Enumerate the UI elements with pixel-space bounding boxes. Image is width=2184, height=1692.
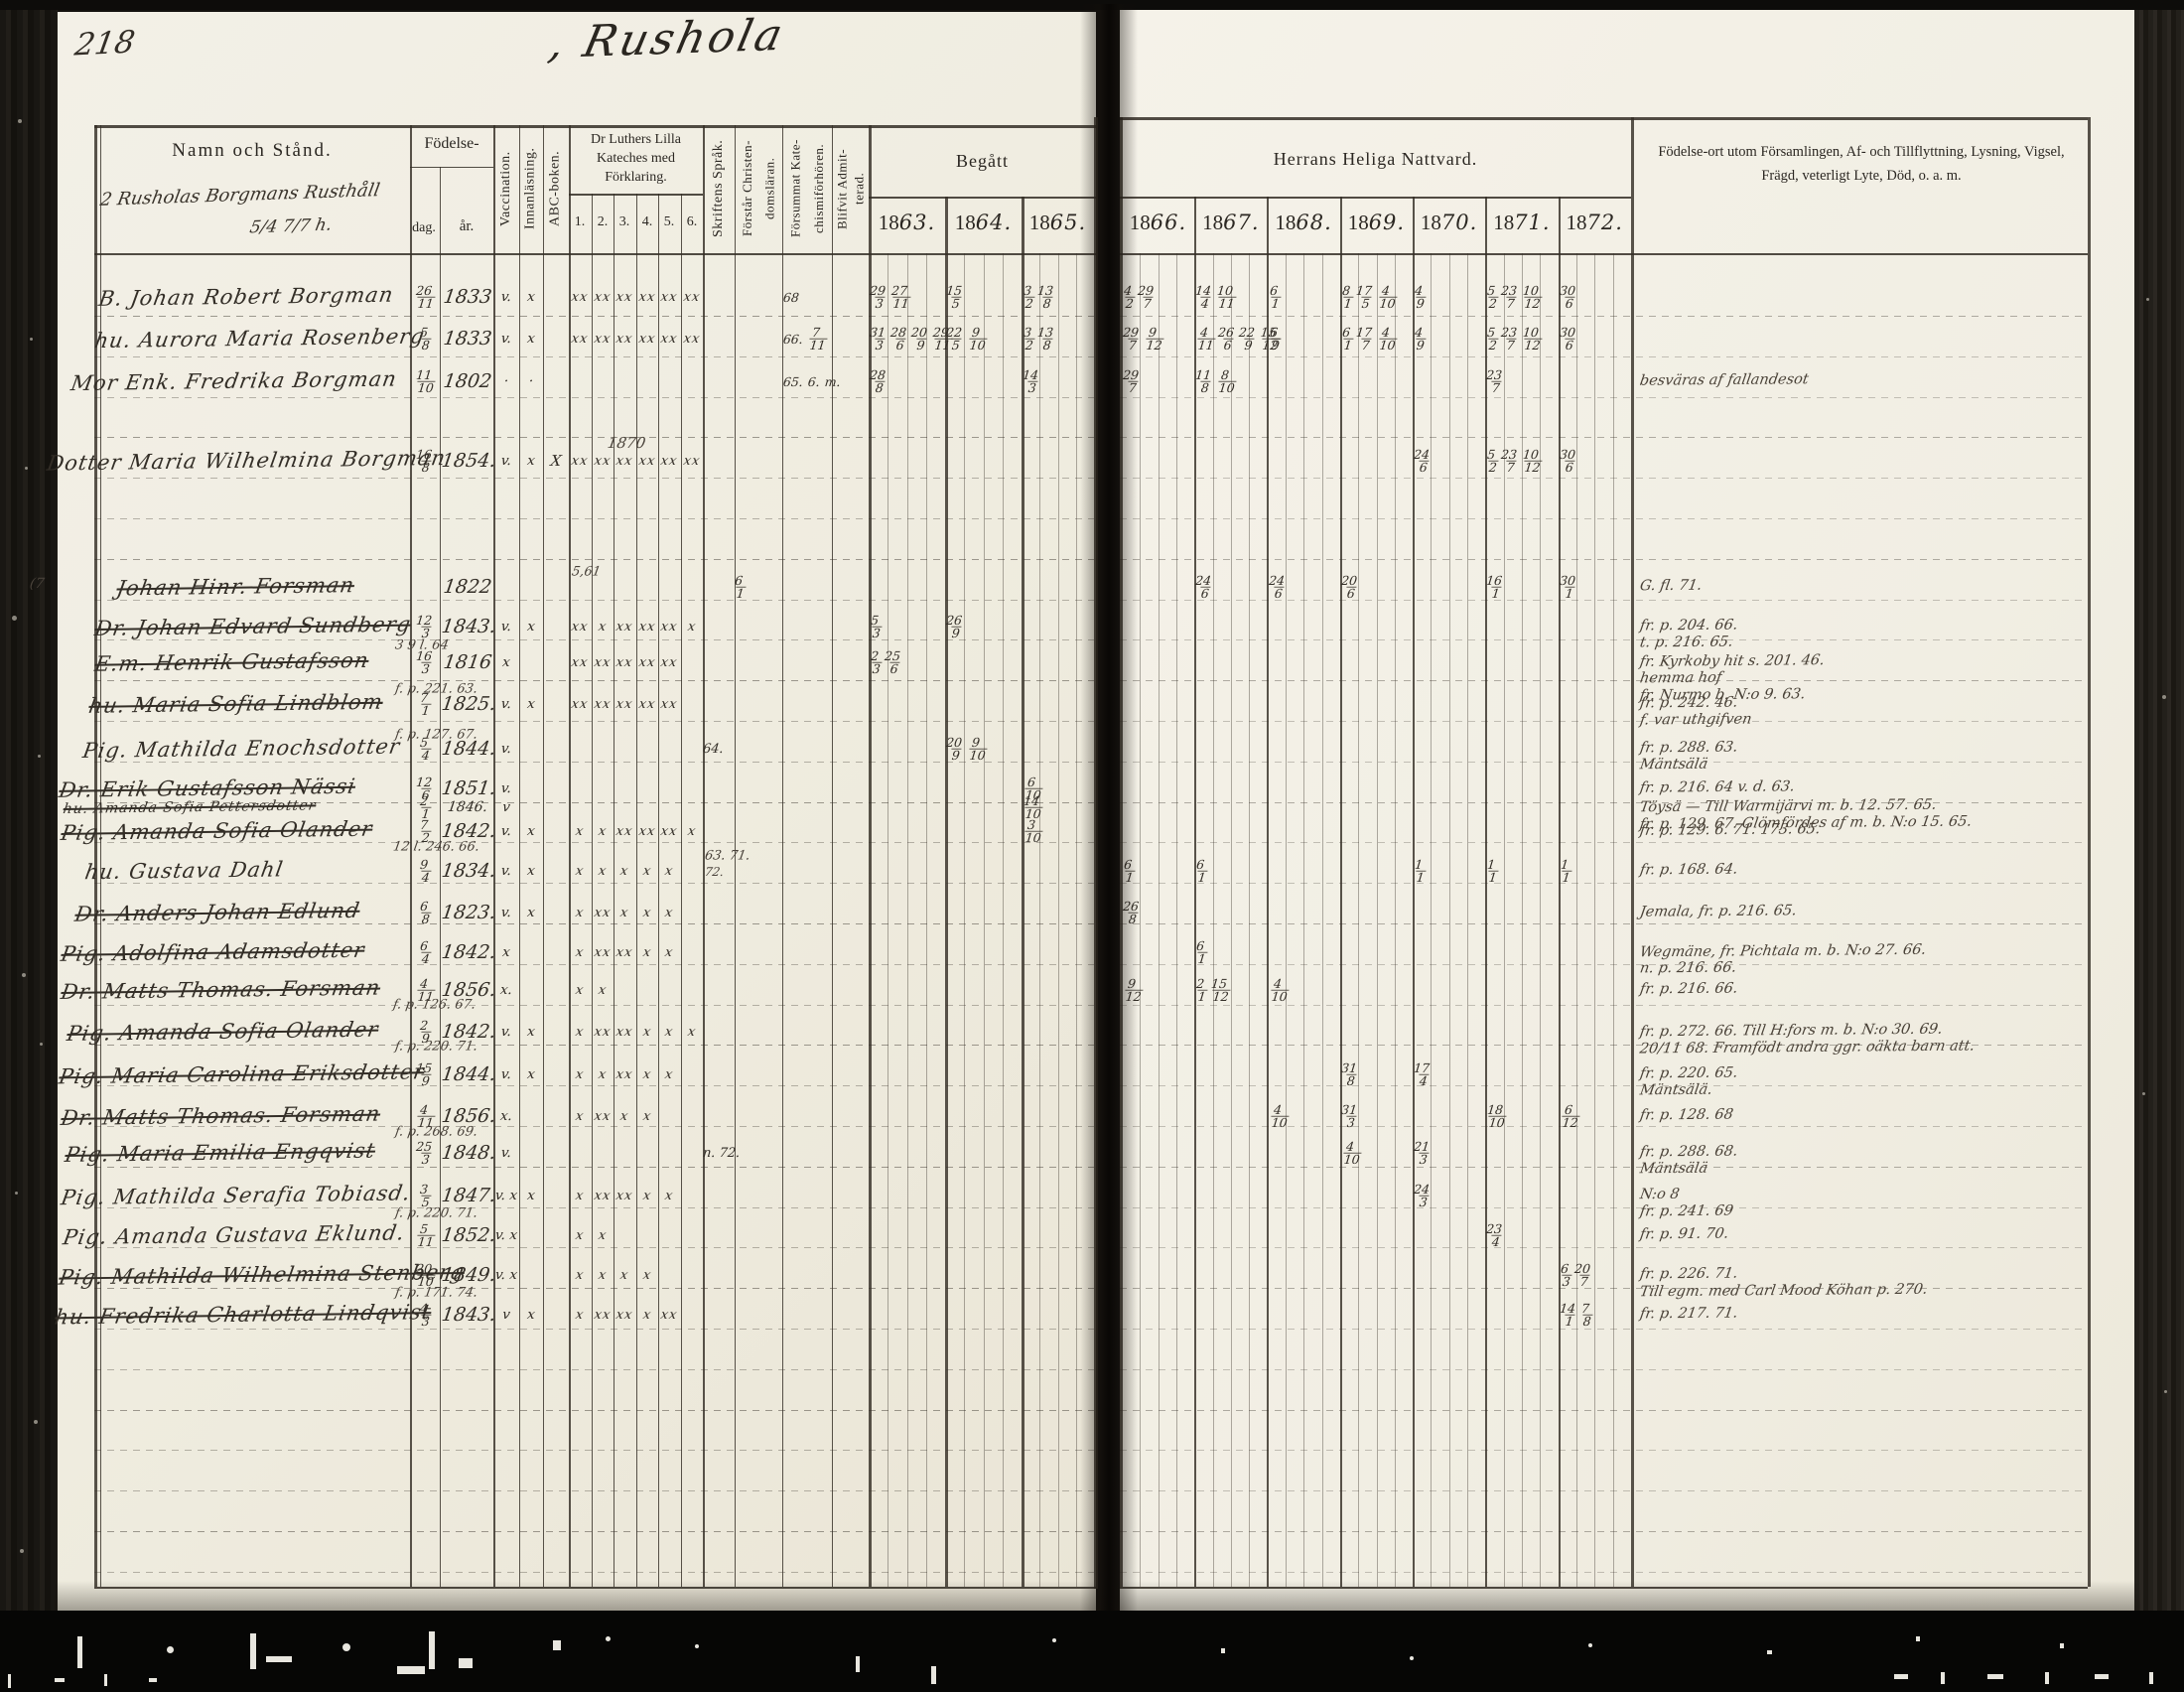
date-fraction: 11 — [1414, 859, 1426, 883]
date-fraction: 910 — [967, 327, 987, 351]
communion-date: 206 — [1341, 575, 1414, 599]
date-fraction: 58 — [419, 327, 431, 351]
communion-date: 81175410 — [1341, 285, 1414, 309]
communion-date: 11 — [1486, 859, 1559, 883]
birth-year: 1854. — [440, 450, 494, 472]
reading-mark: x — [518, 1307, 544, 1323]
catechism-mark: x — [567, 1308, 592, 1323]
mark-text: 65. — [782, 374, 803, 389]
date-fraction: 313 — [1341, 1104, 1359, 1128]
catechism-mark: x — [567, 906, 592, 920]
row-note: besväras af fallandesot — [1639, 371, 1810, 388]
date-fraction: 411 — [1195, 327, 1215, 351]
date-fraction: 123 — [416, 615, 434, 638]
communion-date: 246 — [1195, 575, 1268, 599]
date-fraction: 511 — [415, 1223, 435, 1247]
scanned-parish-register-spread: 218 , Rushola Namn och Stånd. 2 Rusholas… — [0, 0, 2184, 1692]
communion-date: 269 — [946, 615, 1023, 638]
date-fraction: 711 — [807, 327, 827, 351]
communion-date: 63207 — [1559, 1263, 1631, 1287]
date-fraction: 168 — [416, 449, 434, 473]
catechism-mark: xx — [656, 1308, 681, 1323]
vaccination-mark: x — [492, 654, 520, 670]
date-fraction: 94 — [419, 859, 431, 883]
catechism-mark: xx — [634, 697, 659, 712]
catechism-mark: xx — [590, 332, 614, 347]
row-name: Pig. Amanda Gustava Eklund. — [62, 1220, 407, 1249]
birth-year: 1847. — [440, 1185, 494, 1206]
catechism-mark: xx — [567, 290, 592, 305]
row-note: fr. p. 220. 65. — [1639, 1065, 1739, 1082]
birth-day: 21 — [409, 795, 442, 819]
catechism-mark: x — [612, 906, 636, 920]
communion-date: 237 — [1486, 369, 1559, 393]
date-fraction: 69 — [1268, 327, 1280, 351]
date-fraction: 243 — [1414, 1184, 1432, 1207]
date-fraction: 237 — [1501, 449, 1519, 473]
communion-date: 118810 — [1195, 369, 1268, 393]
row-name: Pig. Maria Carolina Eriksdotter — [58, 1059, 427, 1088]
row-name: Pig. Maria Emilia Engqvist — [64, 1139, 377, 1167]
row-note: f. var uthgifven — [1639, 712, 1753, 729]
communion-date: 53 — [870, 615, 946, 638]
birth-day: 253 — [409, 1141, 442, 1165]
catechism-mark: xx — [590, 1308, 614, 1323]
birth-day: 2611 — [409, 285, 442, 309]
date-fraction: 144 — [1195, 285, 1213, 309]
date-fraction: 246 — [1268, 575, 1286, 599]
vaccination-mark: v. — [492, 1145, 520, 1161]
communion-date: 174 — [1414, 1062, 1486, 1086]
birth-day: 159 — [409, 1062, 442, 1086]
date-fraction: 306 — [1559, 449, 1576, 473]
date-fraction: 313 — [870, 327, 887, 351]
vaccination-mark: v. x — [492, 1227, 520, 1243]
date-fraction: 174 — [1414, 1062, 1432, 1086]
catechism-mark: xx — [612, 1189, 636, 1203]
catechism-mark: xx — [612, 1308, 636, 1323]
date-fraction: 237 — [1486, 369, 1504, 393]
vaccination-mark: x. — [492, 1108, 520, 1124]
row-note: fr. p. 288. 68. — [1639, 1144, 1739, 1161]
row-name: E.m. Henrik Gustafsson — [93, 648, 371, 676]
catechism-mark: xx — [656, 620, 681, 634]
margin-note: 12 l. 246. 66. — [392, 840, 480, 855]
date-fraction: 206 — [1341, 575, 1359, 599]
communion-date: 69 — [1268, 327, 1340, 351]
row-note: 20/11 68. Framfödt andra ggr. oäkta barn… — [1639, 1039, 1977, 1057]
date-fraction: 143 — [1023, 369, 1040, 393]
date-fraction: 61 — [734, 575, 746, 599]
row-name: Dr. Johan Edvard Sundberg — [93, 613, 413, 640]
language-mark: n. 72. — [702, 1146, 736, 1161]
language-mark: 64. — [702, 742, 736, 757]
microfilm-bottom-strip — [0, 1611, 2184, 1692]
birth-day: 68 — [409, 901, 442, 924]
margin-note: f. p. 220. 71. — [394, 1040, 478, 1055]
catechism-mark: x — [590, 983, 614, 998]
birth-year: 1848. — [440, 1142, 494, 1164]
date-fraction: 35 — [419, 1184, 431, 1207]
communion-date: 306 — [1559, 285, 1631, 309]
vaccination-mark: v. — [492, 1066, 520, 1082]
date-fraction: 61 — [1341, 327, 1353, 351]
date-fraction: 1512 — [1210, 978, 1230, 1002]
catechism-mark: xx — [590, 906, 614, 920]
date-fraction: 141 — [1559, 1303, 1576, 1327]
row-name: Pig. Adolfina Adamsdotter — [60, 938, 367, 966]
date-fraction: 1012 — [1522, 449, 1542, 473]
communion-date: 243 — [1414, 1184, 1486, 1207]
date-fraction: 209 — [946, 737, 964, 761]
row-name: Pig. Amanda Sofia Olander — [66, 1018, 381, 1046]
vaccination-mark: v. x — [492, 1267, 520, 1283]
date-fraction: 1410 — [1023, 795, 1042, 819]
catechism-mark: xx — [656, 332, 681, 347]
catechism-mark: xx — [590, 1109, 614, 1124]
date-fraction: 288 — [870, 369, 887, 393]
row-note: t. p. 216. 65. — [1639, 634, 1734, 651]
birth-day: 1110 — [409, 369, 442, 393]
catechism-mark: x — [612, 1268, 636, 1283]
date-fraction: 306 — [1559, 327, 1576, 351]
catechism-mark: x — [634, 1025, 659, 1040]
vaccination-mark: v. — [492, 331, 520, 347]
birth-year: 1851. — [440, 777, 494, 799]
date-fraction: 234 — [1486, 1223, 1504, 1247]
row-note: fr. p. 91. 70. — [1639, 1226, 1730, 1243]
row-name: Dr. Matts Thomas. Forsman — [60, 1102, 383, 1130]
communion-date: 2932711 — [870, 285, 946, 309]
date-fraction: 161 — [1486, 575, 1504, 599]
birth-year: 1816 — [440, 651, 494, 673]
row-note: fr. p. 241. 69 — [1639, 1203, 1734, 1220]
reading-mark: x — [518, 619, 544, 634]
reading-mark: · — [518, 373, 544, 389]
catechism-mark: xx — [612, 697, 636, 712]
catechism-mark: x — [590, 824, 614, 839]
row-note: fr. p. 226. 71. — [1639, 1266, 1739, 1283]
catechism-mark: x — [634, 906, 659, 920]
row-name: hu. Maria Sofia Lindblom — [87, 690, 385, 718]
catechism-mark: xx — [590, 655, 614, 670]
catechism-mark: x — [567, 1109, 592, 1124]
communion-date: 213 — [1414, 1141, 1486, 1165]
birth-year: 1852. — [440, 1224, 494, 1246]
date-fraction: 175 — [1356, 285, 1374, 309]
communion-date: 313 — [1341, 1104, 1414, 1128]
row-note: Mäntsälä. — [1639, 1082, 1713, 1099]
catechism-mark: xx — [590, 1025, 614, 1040]
communion-date: 4112662291512 — [1195, 327, 1268, 351]
row-name: Pig. Mathilda Enochsdotter — [81, 735, 402, 763]
catechism-mark: xx — [612, 824, 636, 839]
birth-year: 1843. — [440, 1304, 494, 1326]
missed-exam-mark: 65.6.m. — [782, 374, 833, 389]
date-fraction: 2010 — [415, 1263, 435, 1287]
date-fraction: 2711 — [890, 285, 910, 309]
date-fraction: 410 — [1376, 327, 1396, 351]
date-fraction: 410 — [1376, 285, 1396, 309]
reading-mark: x — [518, 823, 544, 839]
communion-date: 225910 — [946, 327, 1023, 351]
communion-date: 410 — [1341, 1141, 1414, 1165]
catechism-mark: xx — [590, 1189, 614, 1203]
reading-mark: x — [518, 696, 544, 712]
date-fraction: 32 — [1023, 327, 1034, 351]
date-fraction: 163 — [416, 650, 434, 674]
date-fraction: 53 — [870, 615, 882, 638]
underst-mark: 61 — [734, 575, 784, 599]
catechism-mark: x — [567, 864, 592, 879]
catechism-mark: xx — [612, 290, 636, 305]
margin-note: f. p. 221. 63. — [394, 682, 478, 697]
communion-date: 301 — [1559, 575, 1631, 599]
vaccination-mark: v. — [492, 696, 520, 712]
catechism-mark: x — [679, 1025, 704, 1040]
catechism-mark: x — [679, 620, 704, 634]
reading-mark: x — [518, 453, 544, 469]
catechism-mark: x — [590, 1067, 614, 1082]
date-fraction: 155 — [946, 285, 964, 309]
catechism-mark: xx — [590, 290, 614, 305]
communion-date: 211512 — [1195, 978, 1268, 1002]
catechism-mark: xx — [656, 824, 681, 839]
row-name: Dr. Matts Thomas. Forsman — [60, 976, 383, 1004]
date-fraction: 138 — [1037, 327, 1055, 351]
communion-date: 246 — [1414, 449, 1486, 473]
date-fraction: 68 — [419, 901, 431, 924]
communion-date: 522371012 — [1486, 285, 1559, 309]
catechism-mark: x — [634, 945, 659, 960]
communion-date: 246 — [1268, 575, 1340, 599]
communion-date: 23256 — [870, 650, 946, 674]
date-fraction: 237 — [1501, 285, 1519, 309]
communion-date: 61 — [1268, 285, 1340, 309]
date-fraction: 266 — [1218, 327, 1236, 351]
catechism-mark: xx — [590, 697, 614, 712]
row-note: fr. p. 272. 66. Till H:fors m. b. N:o 30… — [1639, 1022, 1944, 1041]
communion-date: 612 — [1559, 1104, 1631, 1128]
catechism-mark: x — [656, 1025, 681, 1040]
communion-date: 3132862092911 — [870, 327, 946, 351]
catechism-mark: x — [634, 1067, 659, 1082]
communion-date: 11 — [1559, 859, 1631, 883]
catechism-mark: x — [567, 1268, 592, 1283]
communion-date: 1441011 — [1195, 285, 1268, 309]
catechism-mark: x — [656, 1189, 681, 1203]
date-fraction: 209 — [911, 327, 929, 351]
birth-year: 1849. — [440, 1264, 494, 1286]
birth-year: 1833 — [440, 286, 494, 308]
row-note: fr. p. 217. 71. — [1639, 1306, 1739, 1323]
row-name: Dr. Anders Johan Edlund — [73, 899, 362, 926]
catechism-mark: x — [634, 864, 659, 879]
birth-day: 163 — [409, 650, 442, 674]
date-fraction: 21 — [419, 795, 431, 819]
binding-gutter-shadow — [1080, 4, 1138, 1613]
communion-date: 234 — [1486, 1223, 1559, 1247]
row-name: hu. Gustava Dahl — [83, 857, 285, 884]
mark-text: 66. — [782, 331, 803, 346]
vaccination-mark: v. — [492, 453, 520, 469]
catechism-mark: x — [590, 620, 614, 634]
date-fraction: 118 — [1195, 369, 1213, 393]
catechism-mark: xx — [567, 620, 592, 634]
catechism-mark: xx — [634, 620, 659, 634]
vaccination-mark: v. — [492, 863, 520, 879]
catechism-mark: x — [634, 1308, 659, 1323]
catechism-mark: x — [656, 1067, 681, 1082]
reading-mark: x — [518, 1024, 544, 1040]
vaccination-mark: x — [492, 944, 520, 960]
catechism-mark: xx — [656, 655, 681, 670]
catechism-mark: xx — [679, 290, 704, 305]
catechism-mark: xx — [634, 290, 659, 305]
reading-mark: x — [518, 289, 544, 305]
birth-day: 123 — [409, 615, 442, 638]
date-fraction: 81 — [1341, 285, 1353, 309]
catechism-mark: xx — [634, 454, 659, 469]
catechism-mark: x — [567, 983, 592, 998]
communion-date: 49 — [1414, 285, 1486, 309]
communion-date: 61 — [1195, 859, 1268, 883]
birth-day: 43 — [409, 1303, 442, 1327]
catechism-mark: x — [612, 864, 636, 879]
missed-exam-mark: 68 — [782, 290, 833, 305]
birth-year: 1802 — [440, 370, 494, 392]
catechism-mark: x — [634, 1268, 659, 1283]
catechism-mark: xx — [612, 620, 636, 634]
date-fraction: 213 — [1414, 1141, 1432, 1165]
date-fraction: 21 — [1195, 978, 1207, 1002]
date-fraction: 246 — [1195, 575, 1213, 599]
catechism-mark: xx — [634, 655, 659, 670]
date-fraction: 293 — [870, 285, 887, 309]
date-fraction: 910 — [967, 737, 987, 761]
date-fraction: 410 — [1341, 1141, 1361, 1165]
date-fraction: 286 — [890, 327, 908, 351]
date-fraction: 225 — [946, 327, 964, 351]
row-note: fr. p. 204. 66. — [1639, 618, 1739, 634]
catechism-mark: x — [567, 1067, 592, 1082]
row-note: fr. p. 216. 66. — [1639, 981, 1739, 998]
catechism-mark: x — [590, 1228, 614, 1243]
missed-exam-mark: 66.711 — [782, 327, 834, 351]
catechism-mark: x — [567, 1228, 592, 1243]
date-fraction: 61 — [1195, 859, 1207, 883]
date-fraction: 61 — [1268, 285, 1280, 309]
birth-day: 168 — [409, 449, 442, 473]
catechism-mark: xx — [612, 454, 636, 469]
catechism-mark: xx — [679, 454, 704, 469]
row-note: N:o 8 — [1639, 1187, 1681, 1202]
row-name: Dotter Maria Wilhelmina Borgman — [46, 446, 448, 476]
row-note: Töysä — Till Warmijärvi m. b. 12. 57. 65… — [1639, 797, 1938, 816]
birth-year: 1843. — [440, 616, 494, 637]
date-fraction: 49 — [1414, 285, 1426, 309]
birth-day: 35 — [409, 1184, 442, 1207]
date-fraction: 612 — [1559, 1104, 1578, 1128]
communion-date: 410 — [1268, 978, 1340, 1002]
date-fraction: 32 — [1023, 285, 1034, 309]
row-name: hu. Fredrika Charlotta Lindqvist — [54, 1300, 434, 1329]
row-note: fr. p. 168. 64. — [1639, 862, 1739, 879]
birth-year: 1834. — [440, 860, 494, 882]
date-fraction: 2611 — [415, 285, 435, 309]
communion-date: 155 — [946, 285, 1023, 309]
margin-note: f. p. 220. 71. — [394, 1206, 478, 1221]
date-fraction: 61 — [1195, 940, 1207, 964]
communion-date: 49 — [1414, 327, 1486, 351]
catechism-mark: xx — [567, 655, 592, 670]
row-note: fr. p. 129. 6. 71. 173. 65. — [1639, 821, 1822, 839]
date-fraction: 52 — [1486, 285, 1498, 309]
row-note: fr. p. 288. 63. — [1639, 740, 1739, 757]
row-note: n. p. 216. 66. — [1639, 960, 1738, 977]
catechism-mark: xx — [679, 332, 704, 347]
vaccination-mark: v. — [492, 780, 520, 796]
vaccination-mark: v. — [492, 1024, 520, 1040]
catechism-mark: xx — [656, 454, 681, 469]
mark-text: 6. — [807, 374, 821, 389]
date-fraction: 1012 — [1522, 327, 1542, 351]
catechism-mark: x — [567, 824, 592, 839]
vaccination-mark: v. x — [492, 1188, 520, 1203]
mark-text: m. — [824, 374, 841, 389]
row-note: fr. p. 242. 46. — [1639, 695, 1739, 712]
catechism-mark: xx — [567, 332, 592, 347]
row-name: Johan Hinr. Forsman — [115, 573, 356, 600]
communion-date: 161 — [1486, 575, 1559, 599]
reading-mark: x — [518, 1066, 544, 1082]
vaccination-mark: v — [492, 799, 520, 815]
reading-mark: x — [518, 1188, 544, 1203]
vaccination-mark: v — [492, 1307, 520, 1323]
date-fraction: 1810 — [1486, 1104, 1506, 1128]
date-fraction: 138 — [1037, 285, 1055, 309]
row-name: Pig. Mathilda Serafia Tobiasd. — [60, 1181, 413, 1209]
row-name: B. Johan Robert Borgman — [97, 283, 396, 311]
reading-mark: x — [518, 863, 544, 879]
catechism-mark: xx — [656, 290, 681, 305]
row-name: Mor Enk. Fredrika Borgman — [69, 367, 399, 396]
communion-date: 306 — [1559, 449, 1631, 473]
catechism-mark: xx — [656, 697, 681, 712]
row-note: Till egm. med Carl Mood Köhan p. 270. — [1639, 1282, 1929, 1301]
vaccination-mark: · — [492, 373, 520, 389]
catechism-mark: xx — [612, 1067, 636, 1082]
catechism-mark: xx — [590, 945, 614, 960]
catechism-mark: x — [656, 864, 681, 879]
catechism-mark: x — [634, 1189, 659, 1203]
catechism-mark: x — [656, 906, 681, 920]
date-fraction: 207 — [1573, 1263, 1591, 1287]
birth-year: 1833 — [440, 328, 494, 350]
vaccination-mark: v. — [492, 905, 520, 920]
birth-year: 1823. — [440, 902, 494, 923]
catechism-mark: xx — [567, 697, 592, 712]
catechism-mark: x — [567, 945, 592, 960]
birth-day: 511 — [409, 1223, 442, 1247]
communion-date: 1810 — [1486, 1104, 1559, 1128]
catechism-mark: x — [567, 1189, 592, 1203]
communion-date: 306 — [1559, 327, 1631, 351]
catechism-mark: x — [612, 1109, 636, 1124]
date-fraction: 1011 — [1216, 285, 1236, 309]
margin-note: 3 9 l. 64 — [394, 638, 450, 653]
catechism-mark: x — [679, 824, 704, 839]
